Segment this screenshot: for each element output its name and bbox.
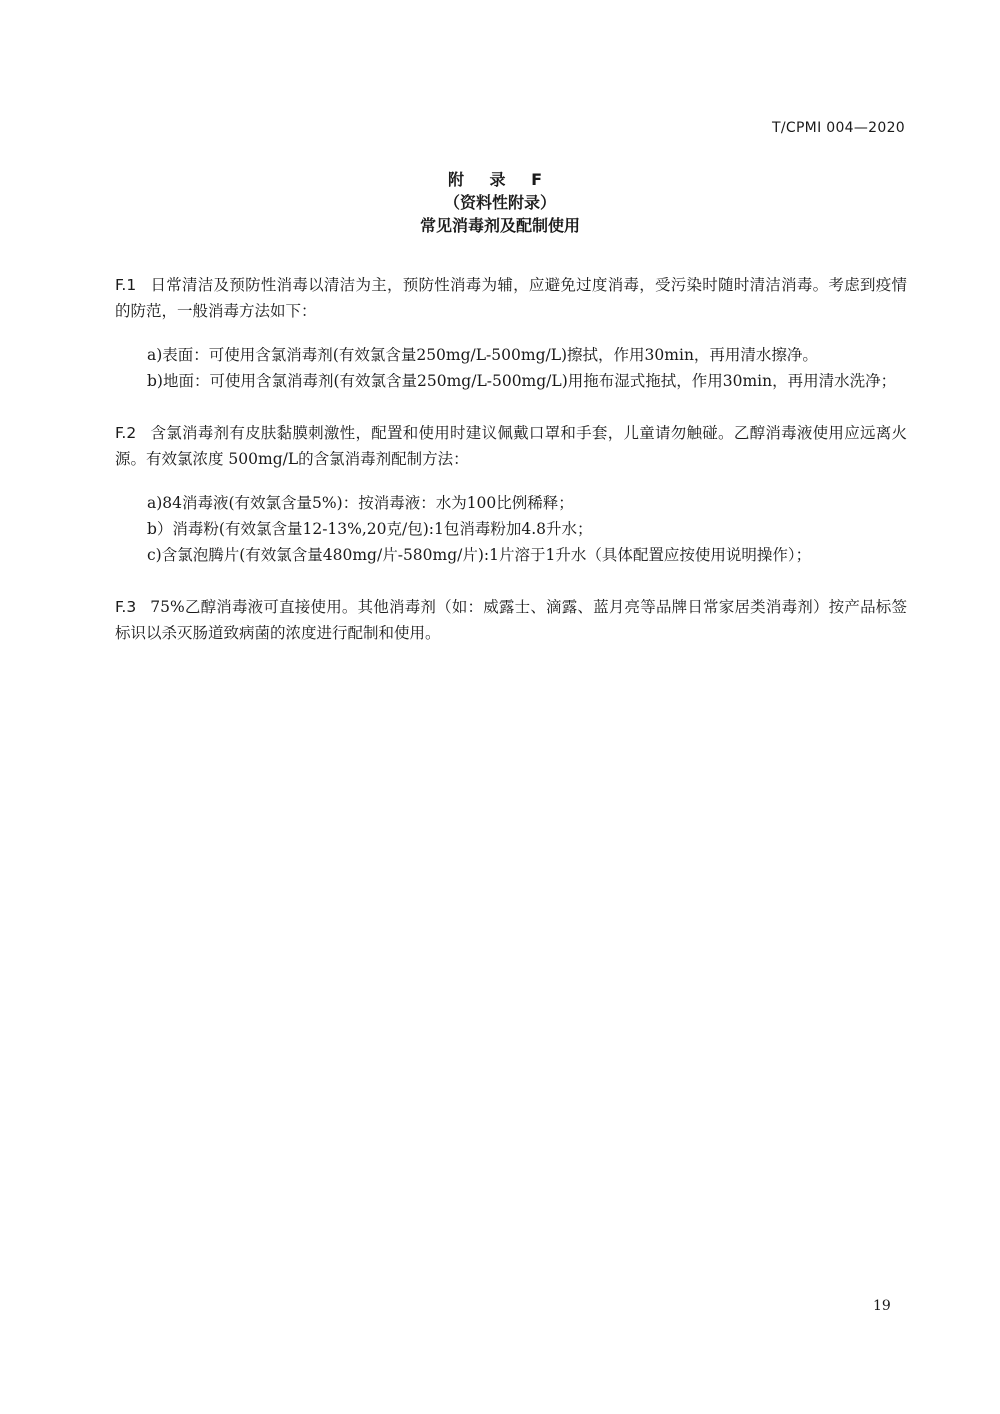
section-number: F.2 [115, 424, 136, 442]
list-item: a)84消毒液(有效氯含量5%)：按消毒液：水为100比例稀释； [115, 490, 907, 516]
list-item: a)表面：可使用含氯消毒剂(有效氯含量250mg/L-500mg/L)擦拭，作用… [115, 342, 907, 368]
section-paragraph: F.2含氯消毒剂有皮肤黏膜刺激性，配置和使用时建议佩戴口罩和手套，儿童请勿触碰。… [115, 420, 907, 472]
annex-title: 常见消毒剂及配制使用 [0, 214, 1000, 237]
document-body: F.1日常清洁及预防性消毒以清洁为主，预防性消毒为辅，应避免过度消毒，受污染时随… [115, 272, 907, 646]
list-item: b)地面：可使用含氯消毒剂(有效氯含量250mg/L-500mg/L)用拖布湿式… [115, 368, 907, 394]
section-paragraph: F.1日常清洁及预防性消毒以清洁为主，预防性消毒为辅，应避免过度消毒，受污染时随… [115, 272, 907, 324]
section-paragraph: F.375%乙醇消毒液可直接使用。其他消毒剂（如：威露士、滴露、蓝月亮等品牌日常… [115, 594, 907, 646]
list-item: c)含氯泡腾片(有效氯含量480mg/片-580mg/片):1片溶于1升水（具体… [115, 542, 907, 568]
page-number: 19 [873, 1298, 891, 1314]
annex-label: 附 录 F [0, 168, 1000, 191]
section-f3: F.375%乙醇消毒液可直接使用。其他消毒剂（如：威露士、滴露、蓝月亮等品牌日常… [115, 594, 907, 646]
document-code: T/CPMI 004—2020 [772, 120, 905, 136]
section-text: 75%乙醇消毒液可直接使用。其他消毒剂（如：威露士、滴露、蓝月亮等品牌日常家居类… [115, 598, 907, 642]
section-text: 含氯消毒剂有皮肤黏膜刺激性，配置和使用时建议佩戴口罩和手套，儿童请勿触碰。乙醇消… [115, 424, 907, 468]
section-number: F.3 [115, 598, 136, 616]
annex-type: （资料性附录） [0, 191, 1000, 214]
section-f2: F.2含氯消毒剂有皮肤黏膜刺激性，配置和使用时建议佩戴口罩和手套，儿童请勿触碰。… [115, 420, 907, 568]
section-text: 日常清洁及预防性消毒以清洁为主，预防性消毒为辅，应避免过度消毒，受污染时随时清洁… [115, 276, 907, 320]
list-item: b）消毒粉(有效氯含量12-13%,20克/包):1包消毒粉加4.8升水； [115, 516, 907, 542]
annex-heading: 附 录 F （资料性附录） 常见消毒剂及配制使用 [0, 168, 1000, 237]
section-number: F.1 [115, 276, 136, 294]
section-f1: F.1日常清洁及预防性消毒以清洁为主，预防性消毒为辅，应避免过度消毒，受污染时随… [115, 272, 907, 394]
